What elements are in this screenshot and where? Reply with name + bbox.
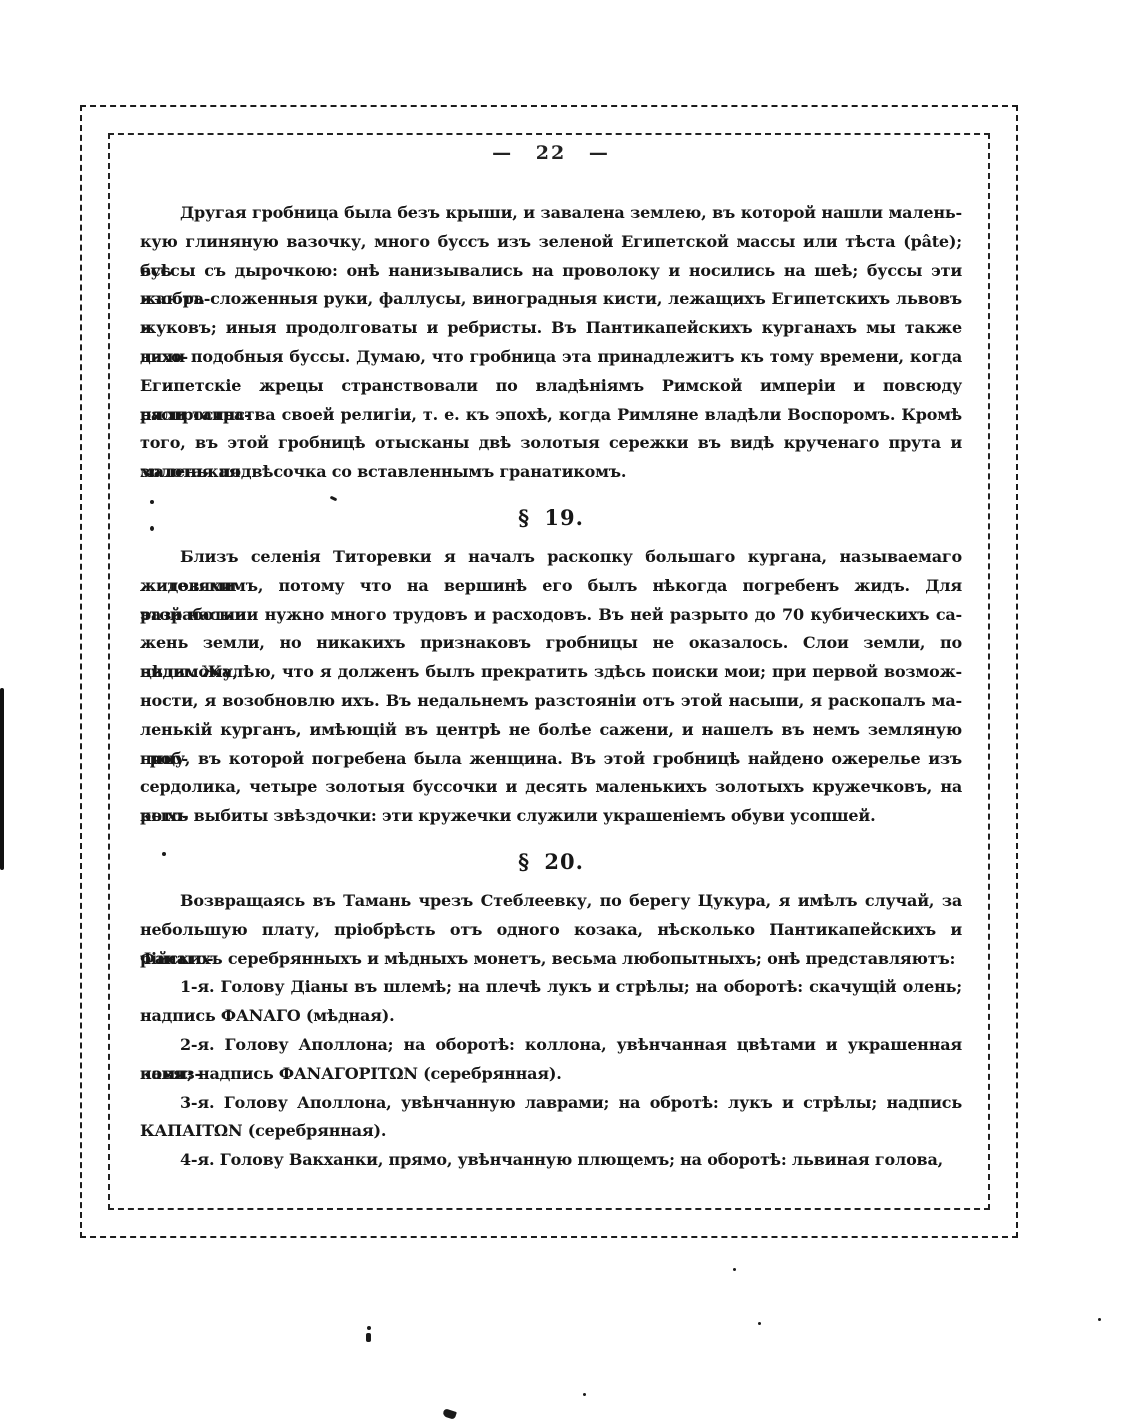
text-line: рійскихъ серебрянныхъ и мѣдныхъ монетъ, …	[140, 945, 962, 974]
paragraph: Возвращаясь въ Тамань чрезъ Стеблеевку, …	[140, 887, 962, 973]
text-line: золотая подвѣсочка со вставленнымъ грана…	[140, 458, 962, 487]
text-line: буссы съ дырочкою: онѣ нанизывались на п…	[140, 257, 962, 286]
paragraph: 4-я. Голову Вакханки, прямо, увѣнчанную …	[140, 1146, 962, 1175]
page-number: — 22 —	[140, 140, 962, 166]
ink-speck	[150, 526, 154, 531]
text-line: цѣлы. Жалѣю, что я долженъ былъ прекрати…	[140, 658, 962, 687]
scan-edge-streak	[0, 688, 4, 870]
ink-speck	[758, 1322, 761, 1325]
ink-speck	[1098, 1318, 1101, 1321]
ink-speck	[442, 1408, 457, 1420]
text-line: жаютъ сложенныя руки, фаллусы, виноградн…	[140, 285, 962, 314]
text-line: жуковъ; иныя продолговаты и ребристы. Въ…	[140, 314, 962, 343]
paragraph: 2-я. Голову Аполлона; на оборотѣ: коллон…	[140, 1031, 962, 1089]
text-line: 2-я. Голову Аполлона; на оборотѣ: коллон…	[140, 1031, 962, 1060]
text-line: сердолика, четыре золотыя буссочки и дес…	[140, 773, 962, 802]
text-line: ленькій курганъ, имѣющій въ центрѣ не бо…	[140, 716, 962, 745]
text-line: этой насыпи нужно много трудовъ и расход…	[140, 601, 962, 630]
ink-speck	[733, 1268, 736, 1271]
text-line: небольшую плату, пріобрѣсть отъ одного к…	[140, 916, 962, 945]
text-line: ницу, въ которой погребена была женщина.…	[140, 745, 962, 774]
ink-speck	[367, 1326, 371, 1330]
text-line: Возвращаясь въ Тамань чрезъ Стеблеевку, …	[140, 887, 962, 916]
text-line: 3-я. Голову Аполлона, увѣнчанную лаврами…	[140, 1089, 962, 1118]
text-line: Близъ селенія Титоревки я началъ раскопк…	[140, 543, 962, 572]
text-line: рыхъ выбиты звѣздочки: эти кружечки служ…	[140, 802, 962, 831]
text-line: Египетскіе жрецы странствовали по владѣн…	[140, 372, 962, 401]
text-line: 1-я. Голову Діаны въ шлемѣ; на плечѣ лук…	[140, 973, 962, 1002]
paragraph: Близъ селенія Титоревки я началъ раскопк…	[140, 543, 962, 831]
ink-speck	[366, 1333, 371, 1342]
text-line: КАПАІТΩN (серебрянная).	[140, 1117, 962, 1146]
text-column: — 22 —Другая гробница была безъ крыши, и…	[140, 140, 962, 1175]
paragraph: Другая гробница была безъ крыши, и завал…	[140, 199, 962, 487]
text-line: 4-я. Голову Вакханки, прямо, увѣнчанную …	[140, 1146, 962, 1175]
ink-speck	[583, 1393, 586, 1396]
section-heading: § 19.	[140, 503, 962, 533]
text-line: ности, я возобновлю ихъ. Въ недальнемъ р…	[140, 687, 962, 716]
paragraph: 3-я. Голову Аполлона, увѣнчанную лаврами…	[140, 1089, 962, 1147]
text-line: Другая гробница была безъ крыши, и завал…	[140, 199, 962, 228]
text-line: няли таинства своей религіи, т. е. къ эп…	[140, 401, 962, 430]
text-line: жидовскимъ, потому что на вершинѣ его бы…	[140, 572, 962, 601]
text-line: дили подобныя буссы. Думаю, что гробница…	[140, 343, 962, 372]
scanned-book-page: — 22 —Другая гробница была безъ крыши, и…	[0, 0, 1140, 1423]
ink-speck	[150, 500, 154, 504]
text-line: надпись ФАNАГО (мѣдная).	[140, 1002, 962, 1031]
text-line: кую глиняную вазочку, много буссъ изъ зе…	[140, 228, 962, 257]
section-heading: § 20.	[140, 847, 962, 877]
ink-speck	[162, 852, 166, 856]
text-line: того, въ этой гробницѣ отысканы двѣ золо…	[140, 429, 962, 458]
text-line: ками; надпись ФАNАГОРІТΩN (серебрянная).	[140, 1060, 962, 1089]
text-line: жень земли, но никакихъ признаковъ гробн…	[140, 629, 962, 658]
paragraph: 1-я. Голову Діаны въ шлемѣ; на плечѣ лук…	[140, 973, 962, 1031]
